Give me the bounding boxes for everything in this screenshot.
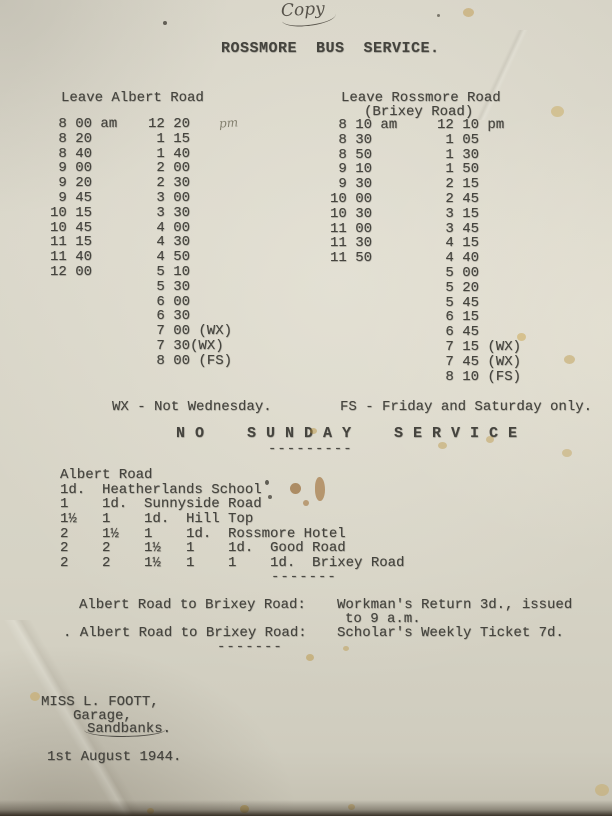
text-line: 3 15 <box>437 207 521 222</box>
left-am-times: 8 00 am 8 20 8 40 9 00 9 20 9 4510 1510 … <box>50 117 117 280</box>
left-pm-times: 12 20 1 15 1 40 2 00 2 30 3 00 3 30 4 00… <box>148 117 232 369</box>
text-line: 7 45 (WX) <box>437 355 521 370</box>
text-line: 5 20 <box>437 281 521 296</box>
text-line: 8 30 <box>330 133 397 148</box>
text-line: 5 00 <box>437 266 521 281</box>
text-line: 2 15 <box>437 177 521 192</box>
text-line: 1 05 <box>437 133 521 148</box>
text-line: 7 30(WX) <box>148 339 232 354</box>
text-line: 2 2 1½ 1 1 1d. Brixey Road <box>60 556 404 571</box>
text-line: 2 00 <box>148 161 232 176</box>
text-line: 6 45 <box>437 325 521 340</box>
text-line: 11 40 <box>50 250 117 265</box>
text-line: 11 15 <box>50 235 117 250</box>
text-line: 10 00 <box>330 192 397 207</box>
text-line: 11 30 <box>330 236 397 251</box>
text-line: 4 40 <box>437 251 521 266</box>
text-line: 6 15 <box>437 310 521 325</box>
text-line: 1 50 <box>437 162 521 177</box>
text-line: 7 00 (WX) <box>148 324 232 339</box>
no-sunday-service: NO SUNDAY SERVICE <box>176 425 527 442</box>
text-line: 1½ 1 1d. Hill Top <box>60 512 404 527</box>
text-line: 9 00 <box>50 161 117 176</box>
fare-row1-route: Albert Road to Brixey Road: <box>79 597 306 613</box>
fs-note: FS - Friday and Saturday only. <box>340 399 592 415</box>
document-title: ROSSMORE BUS SERVICE. <box>221 40 440 57</box>
issue-date: 1st August 1944. <box>47 749 181 765</box>
text-line: Albert Road <box>60 468 404 483</box>
text-line: 10 30 <box>330 207 397 222</box>
text-line: 7 15 (WX) <box>437 340 521 355</box>
text-line: 9 30 <box>330 177 397 192</box>
text-line: 3 30 <box>148 206 232 221</box>
no-sunday-underline: --------- <box>268 441 353 457</box>
text-line: 9 10 <box>330 162 397 177</box>
text-line: 8 20 <box>50 132 117 147</box>
text-line: 2 2 1½ 1 1d. Good Road <box>60 541 404 556</box>
fare-underline: ------- <box>217 639 283 655</box>
text-line: 6 30 <box>148 309 232 324</box>
text-line: 12 10 pm <box>437 118 521 133</box>
text-line: 8 00 am <box>50 117 117 132</box>
text-line: 4 50 <box>148 250 232 265</box>
text-line: 4 30 <box>148 235 232 250</box>
text-line: 10 15 <box>50 206 117 221</box>
text-line: 4 15 <box>437 236 521 251</box>
text-line: 8 00 (FS) <box>148 354 232 369</box>
text-line: 11 50 <box>330 251 397 266</box>
text-line: 1 15 <box>148 132 232 147</box>
text-line: 8 10 am <box>330 118 397 133</box>
pm-handwritten-note: pm <box>219 115 239 130</box>
text-line: 9 20 <box>50 176 117 191</box>
fare-row2-ticket: Scholar's Weekly Ticket 7d. <box>337 625 564 641</box>
wx-note: WX - Not Wednesday. <box>112 399 272 415</box>
photo-edge-shadow <box>0 800 612 816</box>
text-line: 5 30 <box>148 280 232 295</box>
text-line: 1 1d. Sunnyside Road <box>60 497 404 512</box>
document-photo: Copy ROSSMORE BUS SERVICE. Leave Albert … <box>0 0 612 816</box>
text-line: 2 45 <box>437 192 521 207</box>
fare-table-underline: ------- <box>271 569 337 585</box>
text-line: 3 00 <box>148 191 232 206</box>
left-column-header: Leave Albert Road <box>61 90 204 106</box>
right-am-times: 8 10 am 8 30 8 50 9 10 9 3010 0010 3011 … <box>330 118 397 266</box>
text-line: 5 10 <box>148 265 232 280</box>
right-pm-times: 12 10 pm 1 05 1 30 1 50 2 15 2 45 3 15 3… <box>437 118 521 384</box>
text-line: 2 30 <box>148 176 232 191</box>
text-line: 12 00 <box>50 265 117 280</box>
text-line: 9 45 <box>50 191 117 206</box>
text-line: 8 10 (FS) <box>437 370 521 385</box>
fare-stage-table: Albert Road1d. Heatherlands School1 1d. … <box>60 468 404 571</box>
